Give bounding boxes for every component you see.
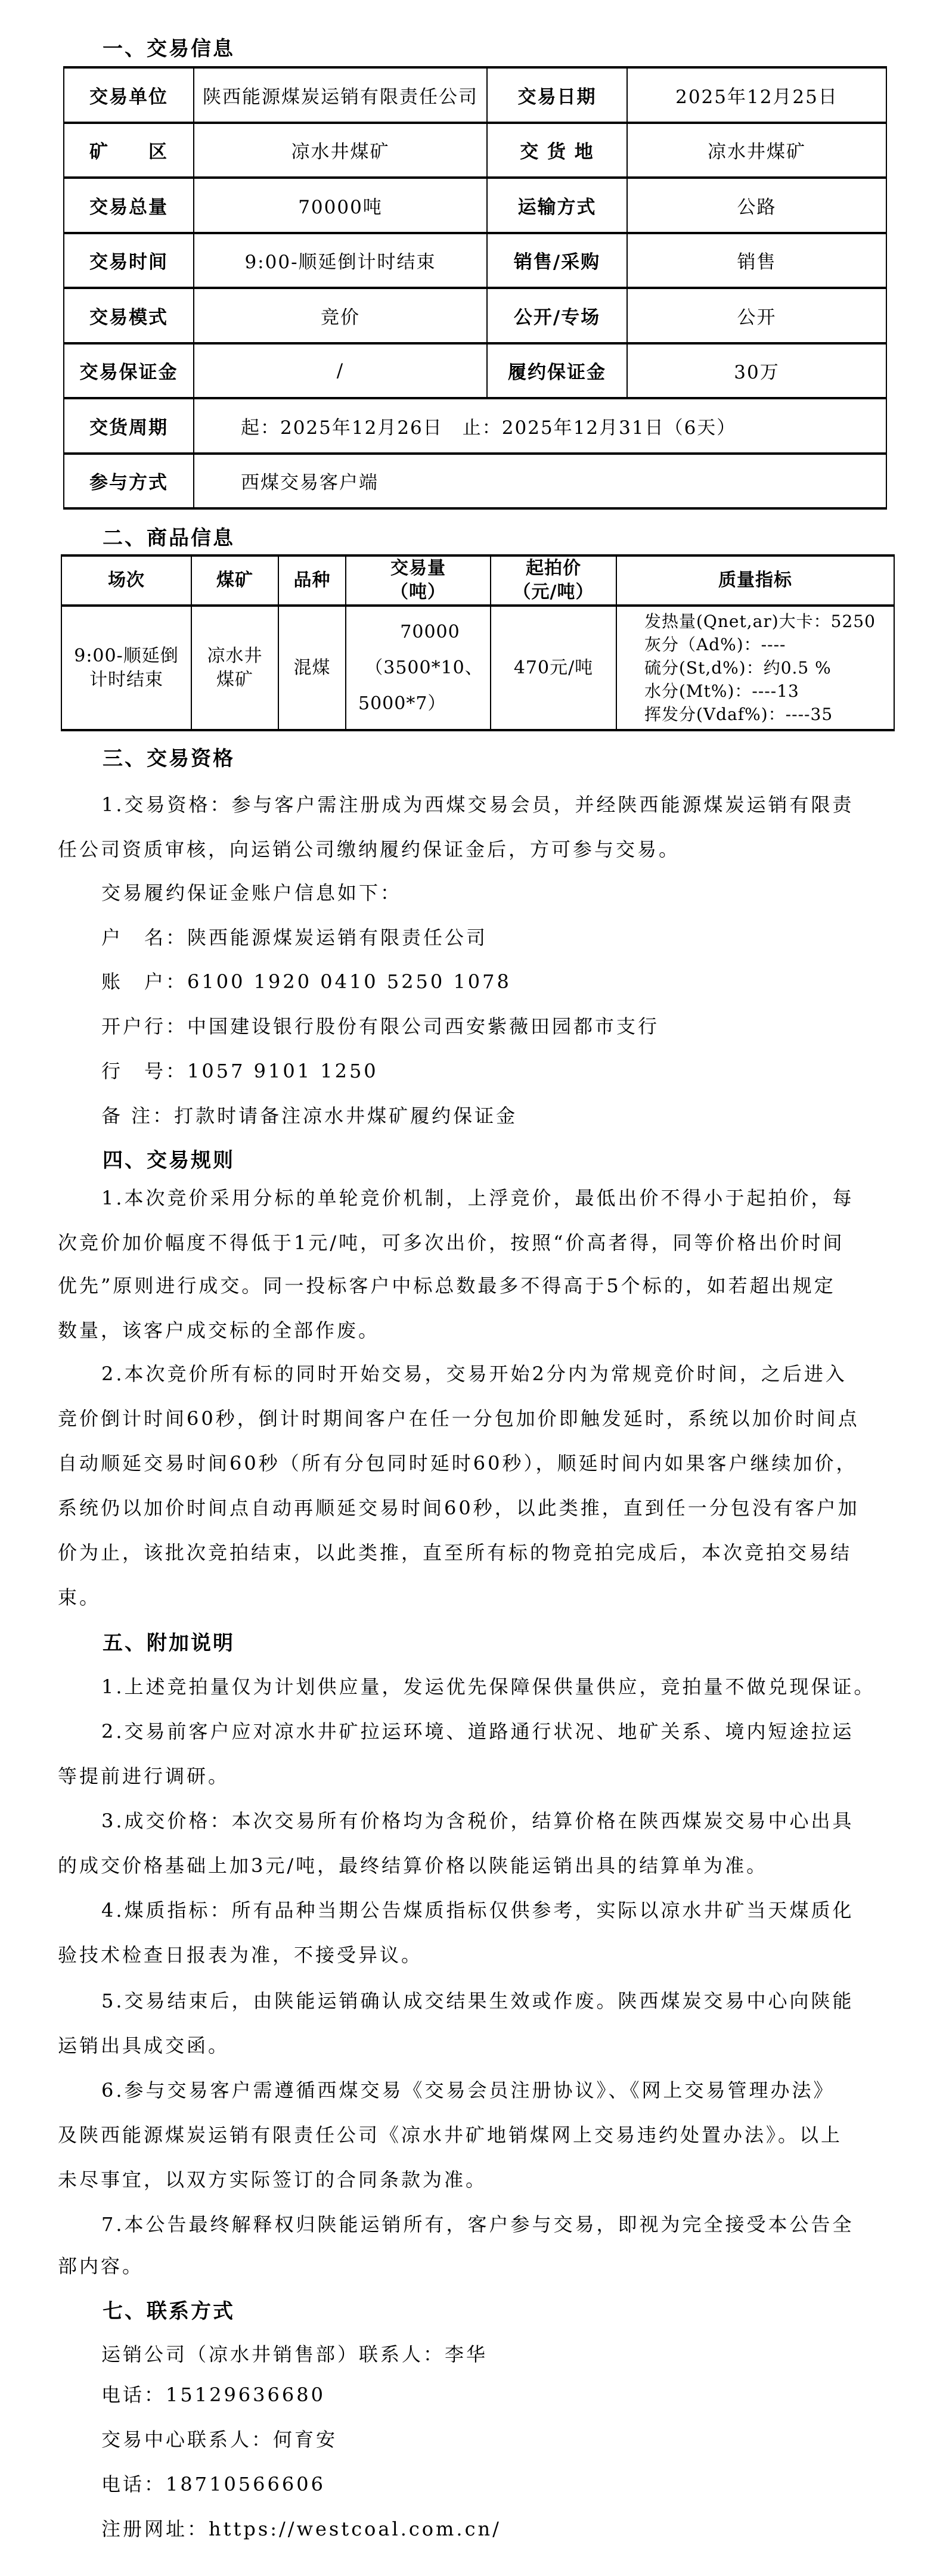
- rules-line: 数量，该客户成交标的全部作废。: [58, 1318, 380, 1342]
- trade-info-table: 交易单位 陕西能源煤炭运销有限责任公司 交易日期 2025年12月25日 矿 区…: [63, 66, 887, 510]
- cell-volume: 70000 （3500*10、 5000*7）: [346, 606, 491, 730]
- rules-line: 次竞价加价幅度不得低于1元/吨，可多次出价，按照“价高者得，同等价格出价时间: [58, 1231, 845, 1255]
- header-start-price: 起拍价 （元/吨）: [491, 555, 616, 606]
- label-trade-time: 交易时间: [64, 233, 194, 288]
- table-row: 9:00-顺延倒 计时结束 凉水井 煤矿 混煤 70000 （3500*10、 …: [61, 606, 894, 730]
- notes-line: 部内容。: [58, 2254, 144, 2278]
- notes-line: 1.上述竞拍量仅为计划供应量，发运优先保障保供量供应，竞拍量不做兑现保证。: [101, 1675, 876, 1699]
- account-number: 账 户：6100 1920 0410 5250 1078: [101, 970, 511, 994]
- header-start-price-unit: （元/吨）: [491, 581, 616, 604]
- section-title-rules: 四、交易规则: [103, 1149, 235, 1172]
- value-trade-time: 9:00-顺延倒计时结束: [194, 233, 487, 288]
- section-title-goods-info: 二、商品信息: [103, 526, 235, 550]
- header-volume-label: 交易量: [346, 557, 490, 581]
- section-title-trade-info: 一、交易信息: [103, 37, 235, 61]
- value-trade-mode: 竞价: [194, 288, 487, 343]
- header-quality: 质量指标: [616, 555, 894, 606]
- contact-center-person: 交易中心联系人：何育安: [101, 2428, 337, 2451]
- goods-info-table: 场次 煤矿 品种 交易量 （吨） 起拍价 （元/吨） 质量指标 9:00-顺延倒…: [61, 554, 895, 731]
- section-title-qualification: 三、交易资格: [103, 747, 235, 771]
- rules-line: 束。: [58, 1585, 101, 1609]
- label-performance-deposit: 履约保证金: [487, 343, 627, 399]
- notes-line: 2.交易前客户应对凉水井矿拉运环境、道路通行状况、地矿关系、境内短途拉运: [101, 1720, 854, 1743]
- notes-line: 6.参与交易客户需遵循西煤交易《交易会员注册协议》、《网上交易管理办法》: [101, 2078, 835, 2102]
- qualification-paragraph-line: 任公司资质审核，向运销公司缴纳履约保证金后，方可参与交易。: [58, 837, 680, 861]
- quality-ash: 灰分（Ad%)：----: [644, 633, 894, 656]
- value-mine-area: 凉水井煤矿: [194, 123, 487, 178]
- table-row: 交易模式 竞价 公开/专场 公开: [64, 288, 886, 343]
- rules-line: 竞价倒计时间60秒，倒计时期间客户在任一分包加价即触发延时，系统以加价时间点: [58, 1407, 860, 1430]
- volume-line: 70000: [346, 614, 490, 650]
- value-delivery-place: 凉水井煤矿: [627, 123, 886, 178]
- rules-line: 1.本次竞价采用分标的单轮竞价机制，上浮竞价，最低出价不得小于起拍价，每: [101, 1186, 854, 1210]
- section-title-notes: 五、附加说明: [103, 1631, 235, 1655]
- notes-line: 及陕西能源煤炭运销有限责任公司《凉水井矿地销煤网上交易违约处置办法》。以上: [58, 2123, 842, 2147]
- cell-quality: 发热量(Qnet,ar)大卡：5250 灰分（Ad%)：---- 硫分(St,d…: [616, 606, 894, 730]
- quality-moisture: 水分(Mt%)：----13: [644, 679, 894, 703]
- session-line: 9:00-顺延倒: [62, 644, 191, 668]
- mine-line: 煤矿: [192, 668, 278, 692]
- label-trade-mode: 交易模式: [64, 288, 194, 343]
- value-trade-deposit: /: [194, 343, 487, 399]
- header-volume-unit: （吨）: [346, 581, 490, 604]
- header-mine: 煤矿: [191, 555, 278, 606]
- label-trade-date: 交易日期: [487, 67, 627, 123]
- rules-line: 自动顺延交易时间60秒（所有分包同时延时60秒），顺延时间内如果客户继续加价，: [58, 1451, 857, 1475]
- table-header-row: 场次 煤矿 品种 交易量 （吨） 起拍价 （元/吨） 质量指标: [61, 555, 894, 606]
- header-start-price-label: 起拍价: [491, 557, 616, 581]
- volume-line: 5000*7）: [346, 686, 490, 722]
- notes-line: 的成交价格基础上加3元/吨，最终结算价格以陕能运销出具的结算单为准。: [58, 1854, 768, 1877]
- value-transport-mode: 公路: [627, 178, 886, 233]
- value-trade-unit: 陕西能源煤炭运销有限责任公司: [194, 67, 487, 123]
- table-row: 交货周期 起：2025年12月26日 止：2025年12月31日（6天）: [64, 398, 886, 454]
- contact-center-phone: 电话：18710566606: [101, 2472, 325, 2496]
- volume-line: （3500*10、: [346, 650, 490, 686]
- quality-volatile: 挥发分(Vdaf%)：----35: [644, 703, 894, 726]
- cell-mine: 凉水井 煤矿: [191, 606, 278, 730]
- notes-line: 运销出具成交函。: [58, 2034, 229, 2057]
- value-sale-purchase: 销售: [627, 233, 886, 288]
- value-public-special: 公开: [627, 288, 886, 343]
- label-transport-mode: 运输方式: [487, 178, 627, 233]
- label-sale-purchase: 销售/采购: [487, 233, 627, 288]
- mine-line: 凉水井: [192, 644, 278, 668]
- label-trade-deposit: 交易保证金: [64, 343, 194, 399]
- rules-line: 价为止，该批次竞拍结束，以此类推，直至所有标的物竞拍完成后，本次竞拍交易结: [58, 1541, 852, 1565]
- label-delivery-period: 交货周期: [64, 398, 194, 454]
- label-public-special: 公开/专场: [487, 288, 627, 343]
- header-volume: 交易量 （吨）: [346, 555, 491, 606]
- table-row: 参与方式 西煤交易客户端: [64, 454, 886, 509]
- cell-variety: 混煤: [278, 606, 346, 730]
- table-row: 交易单位 陕西能源煤炭运销有限责任公司 交易日期 2025年12月25日: [64, 67, 886, 123]
- label-trade-unit: 交易单位: [64, 67, 194, 123]
- label-total-volume: 交易总量: [64, 178, 194, 233]
- notes-line: 7.本公告最终解释权归陕能运销所有，客户参与交易，即视为完全接受本公告全: [101, 2212, 854, 2236]
- value-participation: 西煤交易客户端: [194, 454, 886, 509]
- rules-line: 系统仍以加价时间点自动再顺延交易时间60秒，以此类推，直到任一分包没有客户加: [58, 1496, 860, 1520]
- notes-line: 验技术检查日报表为准，不接受异议。: [58, 1943, 423, 1967]
- qualification-paragraph-line: 1.交易资格：参与客户需注册成为西煤交易会员，并经陕西能源煤炭运销有限责: [101, 793, 854, 817]
- rules-line: 优先”原则进行成交。同一投标客户中标总数最多不得高于5个标的，如若超出规定: [58, 1274, 836, 1298]
- contact-sales-phone: 电话：15129636680: [101, 2383, 325, 2407]
- notes-line: 等提前进行调研。: [58, 1764, 229, 1788]
- account-bank: 开户行：中国建设银行股份有限公司西安紫薇田园都市支行: [101, 1014, 659, 1038]
- registration-url-link[interactable]: 注册网址：https://westcoal.com.cn/: [101, 2517, 501, 2541]
- value-delivery-period: 起：2025年12月26日 止：2025年12月31日（6天）: [194, 398, 886, 454]
- label-delivery-place: 交 货 地: [487, 123, 627, 178]
- account-name: 户 名：陕西能源煤炭运销有限责任公司: [101, 926, 488, 949]
- deposit-account-intro: 交易履约保证金账户信息如下：: [101, 881, 402, 905]
- cell-session: 9:00-顺延倒 计时结束: [61, 606, 191, 730]
- section-title-contact: 七、联系方式: [103, 2299, 235, 2323]
- value-performance-deposit: 30万: [627, 343, 886, 399]
- value-total-volume: 70000吨: [194, 178, 487, 233]
- label-mine-area: 矿 区: [64, 123, 194, 178]
- table-row: 交易时间 9:00-顺延倒计时结束 销售/采购 销售: [64, 233, 886, 288]
- quality-sulfur: 硫分(St,d%)：约0.5 %: [644, 656, 894, 679]
- session-line: 计时结束: [62, 668, 191, 692]
- value-trade-date: 2025年12月25日: [627, 67, 886, 123]
- notes-line: 3.成交价格：本次交易所有价格均为含税价，结算价格在陕西煤炭交易中心出具: [101, 1809, 854, 1833]
- notes-line: 4.煤质指标：所有品种当期公告煤质指标仅供参考，实际以凉水井矿当天煤质化: [101, 1898, 854, 1922]
- label-participation: 参与方式: [64, 454, 194, 509]
- table-row: 交易保证金 / 履约保证金 30万: [64, 343, 886, 399]
- table-row: 矿 区 凉水井煤矿 交 货 地 凉水井煤矿: [64, 123, 886, 178]
- rules-line: 2.本次竞价所有标的同时开始交易，交易开始2分内为常规竞价时间，之后进入: [101, 1362, 847, 1386]
- table-row: 交易总量 70000吨 运输方式 公路: [64, 178, 886, 233]
- contact-sales-person: 运销公司（凉水井销售部）联系人：李华: [101, 2342, 488, 2366]
- notes-line: 未尽事宜，以双方实际签订的合同条款为准。: [58, 2168, 487, 2192]
- payment-remark: 备 注：打款时请备注凉水井煤矿履约保证金: [101, 1104, 517, 1128]
- header-session: 场次: [61, 555, 191, 606]
- cell-start-price: 470元/吨: [491, 606, 616, 730]
- header-variety: 品种: [278, 555, 346, 606]
- quality-calorific: 发热量(Qnet,ar)大卡：5250: [644, 610, 894, 633]
- bank-code: 行 号：1057 9101 1250: [101, 1059, 379, 1083]
- notes-line: 5.交易结束后，由陕能运销确认成交结果生效或作废。陕西煤炭交易中心向陕能: [101, 1989, 854, 2013]
